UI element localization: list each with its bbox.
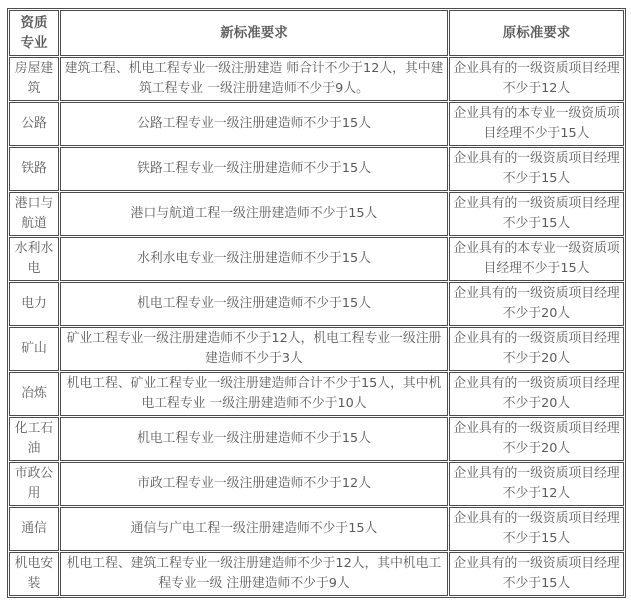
table-row: 通信 通信与广电工程一级注册建造师不少于15人 企业具有的一级资质项目经理 不少… [9,507,624,551]
old-standard-cell: 企业具有的本专业一级资质项 目经理不少于15人 [449,102,624,146]
page: 资质 专业 新标准要求 原标准要求 房屋建 筑 建筑工程、机电工程专业一级注册建… [0,0,631,608]
header-old-standard: 原标准要求 [449,10,624,56]
specialty-cell: 水利水 电 [9,237,59,281]
specialty-cell: 港口与 航道 [9,192,59,236]
new-standard-cell: 通信与广电工程一级注册建造师不少于15人 [60,507,448,551]
old-standard-cell: 企业具有的一级资质项目经理 不少于20人 [449,372,624,416]
old-standard-cell: 企业具有的一级资质项目经理 不少于12人 [449,57,624,101]
new-standard-cell: 机电工程专业一级注册建造师不少于15人 [60,417,448,461]
new-standard-cell: 机电工程专业一级注册建造师不少于15人 [60,282,448,326]
table-row: 市政公 用 市政工程专业一级注册建造师不少于12人 企业具有的一级资质项目经理 … [9,462,624,506]
specialty-cell: 通信 [9,507,59,551]
table-row: 机电安 装 机电工程、建筑工程专业一级注册建造师不少于12人，其中机电工 程专业… [9,552,624,596]
table-row: 冶炼 机电工程、矿业工程专业一级注册建造师合计不少于15人，其中机 电工程专业 … [9,372,624,416]
old-standard-cell: 企业具有的一级资质项目经理 不少于20人 [449,282,624,326]
new-standard-cell: 建筑工程、机电工程专业一级注册建造 师合计不少于12人，其中建 筑工程专业 一级… [60,57,448,101]
old-standard-cell: 企业具有的本专业一级资质项 目经理不少于15人 [449,237,624,281]
specialty-cell: 冶炼 [9,372,59,416]
table-row: 铁路 铁路工程专业一级注册建造师不少于15人 企业具有的一级资质项目经理 不少于… [9,147,624,191]
table-row: 电力 机电工程专业一级注册建造师不少于15人 企业具有的一级资质项目经理 不少于… [9,282,624,326]
old-standard-cell: 企业具有的一级资质项目经理 不少于12人 [449,462,624,506]
old-standard-cell: 企业具有的一级资质项目经理 不少于15人 [449,507,624,551]
new-standard-cell: 港口与航道工程一级注册建造师不少于15人 [60,192,448,236]
table-row: 公路 公路工程专业一级注册建造师不少于15人 企业具有的本专业一级资质项 目经理… [9,102,624,146]
table-row: 化工石 油 机电工程专业一级注册建造师不少于15人 企业具有的一级资质项目经理 … [9,417,624,461]
new-standard-cell: 水利水电专业一级注册建造师不少于15人 [60,237,448,281]
table-header-row: 资质 专业 新标准要求 原标准要求 [9,10,624,56]
new-standard-cell: 铁路工程专业一级注册建造师不少于15人 [60,147,448,191]
old-standard-cell: 企业具有的一级资质项目经理 不少于20人 [449,327,624,371]
old-standard-cell: 企业具有的一级资质项目经理 不少于20人 [449,417,624,461]
specialty-cell: 化工石 油 [9,417,59,461]
table-row: 矿山 矿业工程专业一级注册建造师不少于12人，机电工程专业一级注册 建造师不少于… [9,327,624,371]
table-row: 港口与 航道 港口与航道工程一级注册建造师不少于15人 企业具有的一级资质项目经… [9,192,624,236]
old-standard-cell: 企业具有的一级资质项目经理 不少于15人 [449,552,624,596]
old-standard-cell: 企业具有的一级资质项目经理 不少于15人 [449,147,624,191]
new-standard-cell: 矿业工程专业一级注册建造师不少于12人，机电工程专业一级注册 建造师不少于3人 [60,327,448,371]
old-standard-cell: 企业具有的一级资质项目经理 不少于15人 [449,192,624,236]
specialty-cell: 电力 [9,282,59,326]
specialty-cell: 铁路 [9,147,59,191]
new-standard-cell: 公路工程专业一级注册建造师不少于15人 [60,102,448,146]
specialty-cell: 房屋建 筑 [9,57,59,101]
header-specialty: 资质 专业 [9,10,59,56]
specialty-cell: 机电安 装 [9,552,59,596]
new-standard-cell: 市政工程专业一级注册建造师不少于12人 [60,462,448,506]
table-row: 水利水 电 水利水电专业一级注册建造师不少于15人 企业具有的本专业一级资质项 … [9,237,624,281]
specialty-cell: 公路 [9,102,59,146]
new-standard-cell: 机电工程、建筑工程专业一级注册建造师不少于12人，其中机电工 程专业一级 注册建… [60,552,448,596]
header-new-standard: 新标准要求 [60,10,448,56]
new-standard-cell: 机电工程、矿业工程专业一级注册建造师合计不少于15人，其中机 电工程专业 一级注… [60,372,448,416]
table-row: 房屋建 筑 建筑工程、机电工程专业一级注册建造 师合计不少于12人，其中建 筑工… [9,57,624,101]
specialty-cell: 市政公 用 [9,462,59,506]
qualification-standards-table: 资质 专业 新标准要求 原标准要求 房屋建 筑 建筑工程、机电工程专业一级注册建… [7,8,626,598]
specialty-cell: 矿山 [9,327,59,371]
